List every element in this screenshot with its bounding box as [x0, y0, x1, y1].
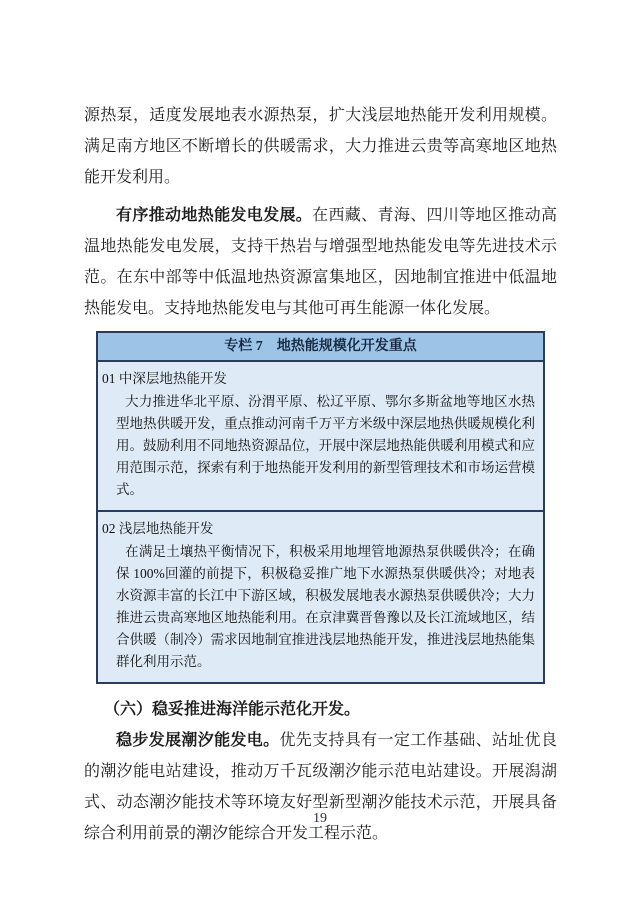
callout-section-heading: 02 浅层地热能开发: [102, 519, 535, 539]
callout-section-deep-geothermal: 01 中深层地热能开发 大力推进华北平原、汾渭平原、松辽平原、鄂尔多斯盆地等地区…: [98, 362, 543, 510]
paragraph-lead-bold: 有序推动地热能发电发展。: [116, 207, 312, 224]
paragraph-geothermal-power: 有序推动地热能发电发展。在西藏、青海、四川等地区推动高温地热能发电发展，支持干热…: [84, 200, 557, 324]
page-content: 源热泵，适度发展地表水源热泵，扩大浅层地热能开发利用规模。满足南方地区不断增长的…: [84, 100, 557, 849]
page-number: 19: [0, 811, 640, 827]
paragraph-tidal-power: 稳步发展潮汐能发电。优先支持具有一定工作基础、站址优良的潮汐能电站建设，推动万千…: [84, 725, 557, 849]
section-heading-ocean-energy: （六）稳妥推进海洋能示范化开发。: [84, 694, 557, 725]
callout-section-shallow-geothermal: 02 浅层地热能开发 在满足土壤热平衡情况下，积极采用地埋管地源热泵供暖供冷；在…: [98, 510, 543, 682]
callout-box-title: 专栏 7 地热能规模化开发重点: [98, 333, 543, 362]
paragraph-text: 源热泵，适度发展地表水源热泵，扩大浅层地热能开发利用规模。满足南方地区不断增长的…: [84, 107, 557, 186]
callout-section-body: 在满足土壤热平衡情况下，积极采用地埋管地源热泵供暖供冷；在确保 100%回灌的前…: [116, 541, 535, 673]
callout-box-column7: 专栏 7 地热能规模化开发重点 01 中深层地热能开发 大力推进华北平原、汾渭平…: [96, 331, 545, 684]
paragraph-geothermal-utilization: 源热泵，适度发展地表水源热泵，扩大浅层地热能开发利用规模。满足南方地区不断增长的…: [84, 100, 557, 193]
paragraph-lead-bold: 稳步发展潮汐能发电。: [116, 732, 279, 749]
document-page: 源热泵，适度发展地表水源热泵，扩大浅层地热能开发利用规模。满足南方地区不断增长的…: [0, 0, 640, 905]
callout-section-heading: 01 中深层地热能开发: [102, 369, 535, 389]
callout-section-body: 大力推进华北平原、汾渭平原、松辽平原、鄂尔多斯盆地等地区水热型地热供暖开发，重点…: [116, 391, 535, 501]
